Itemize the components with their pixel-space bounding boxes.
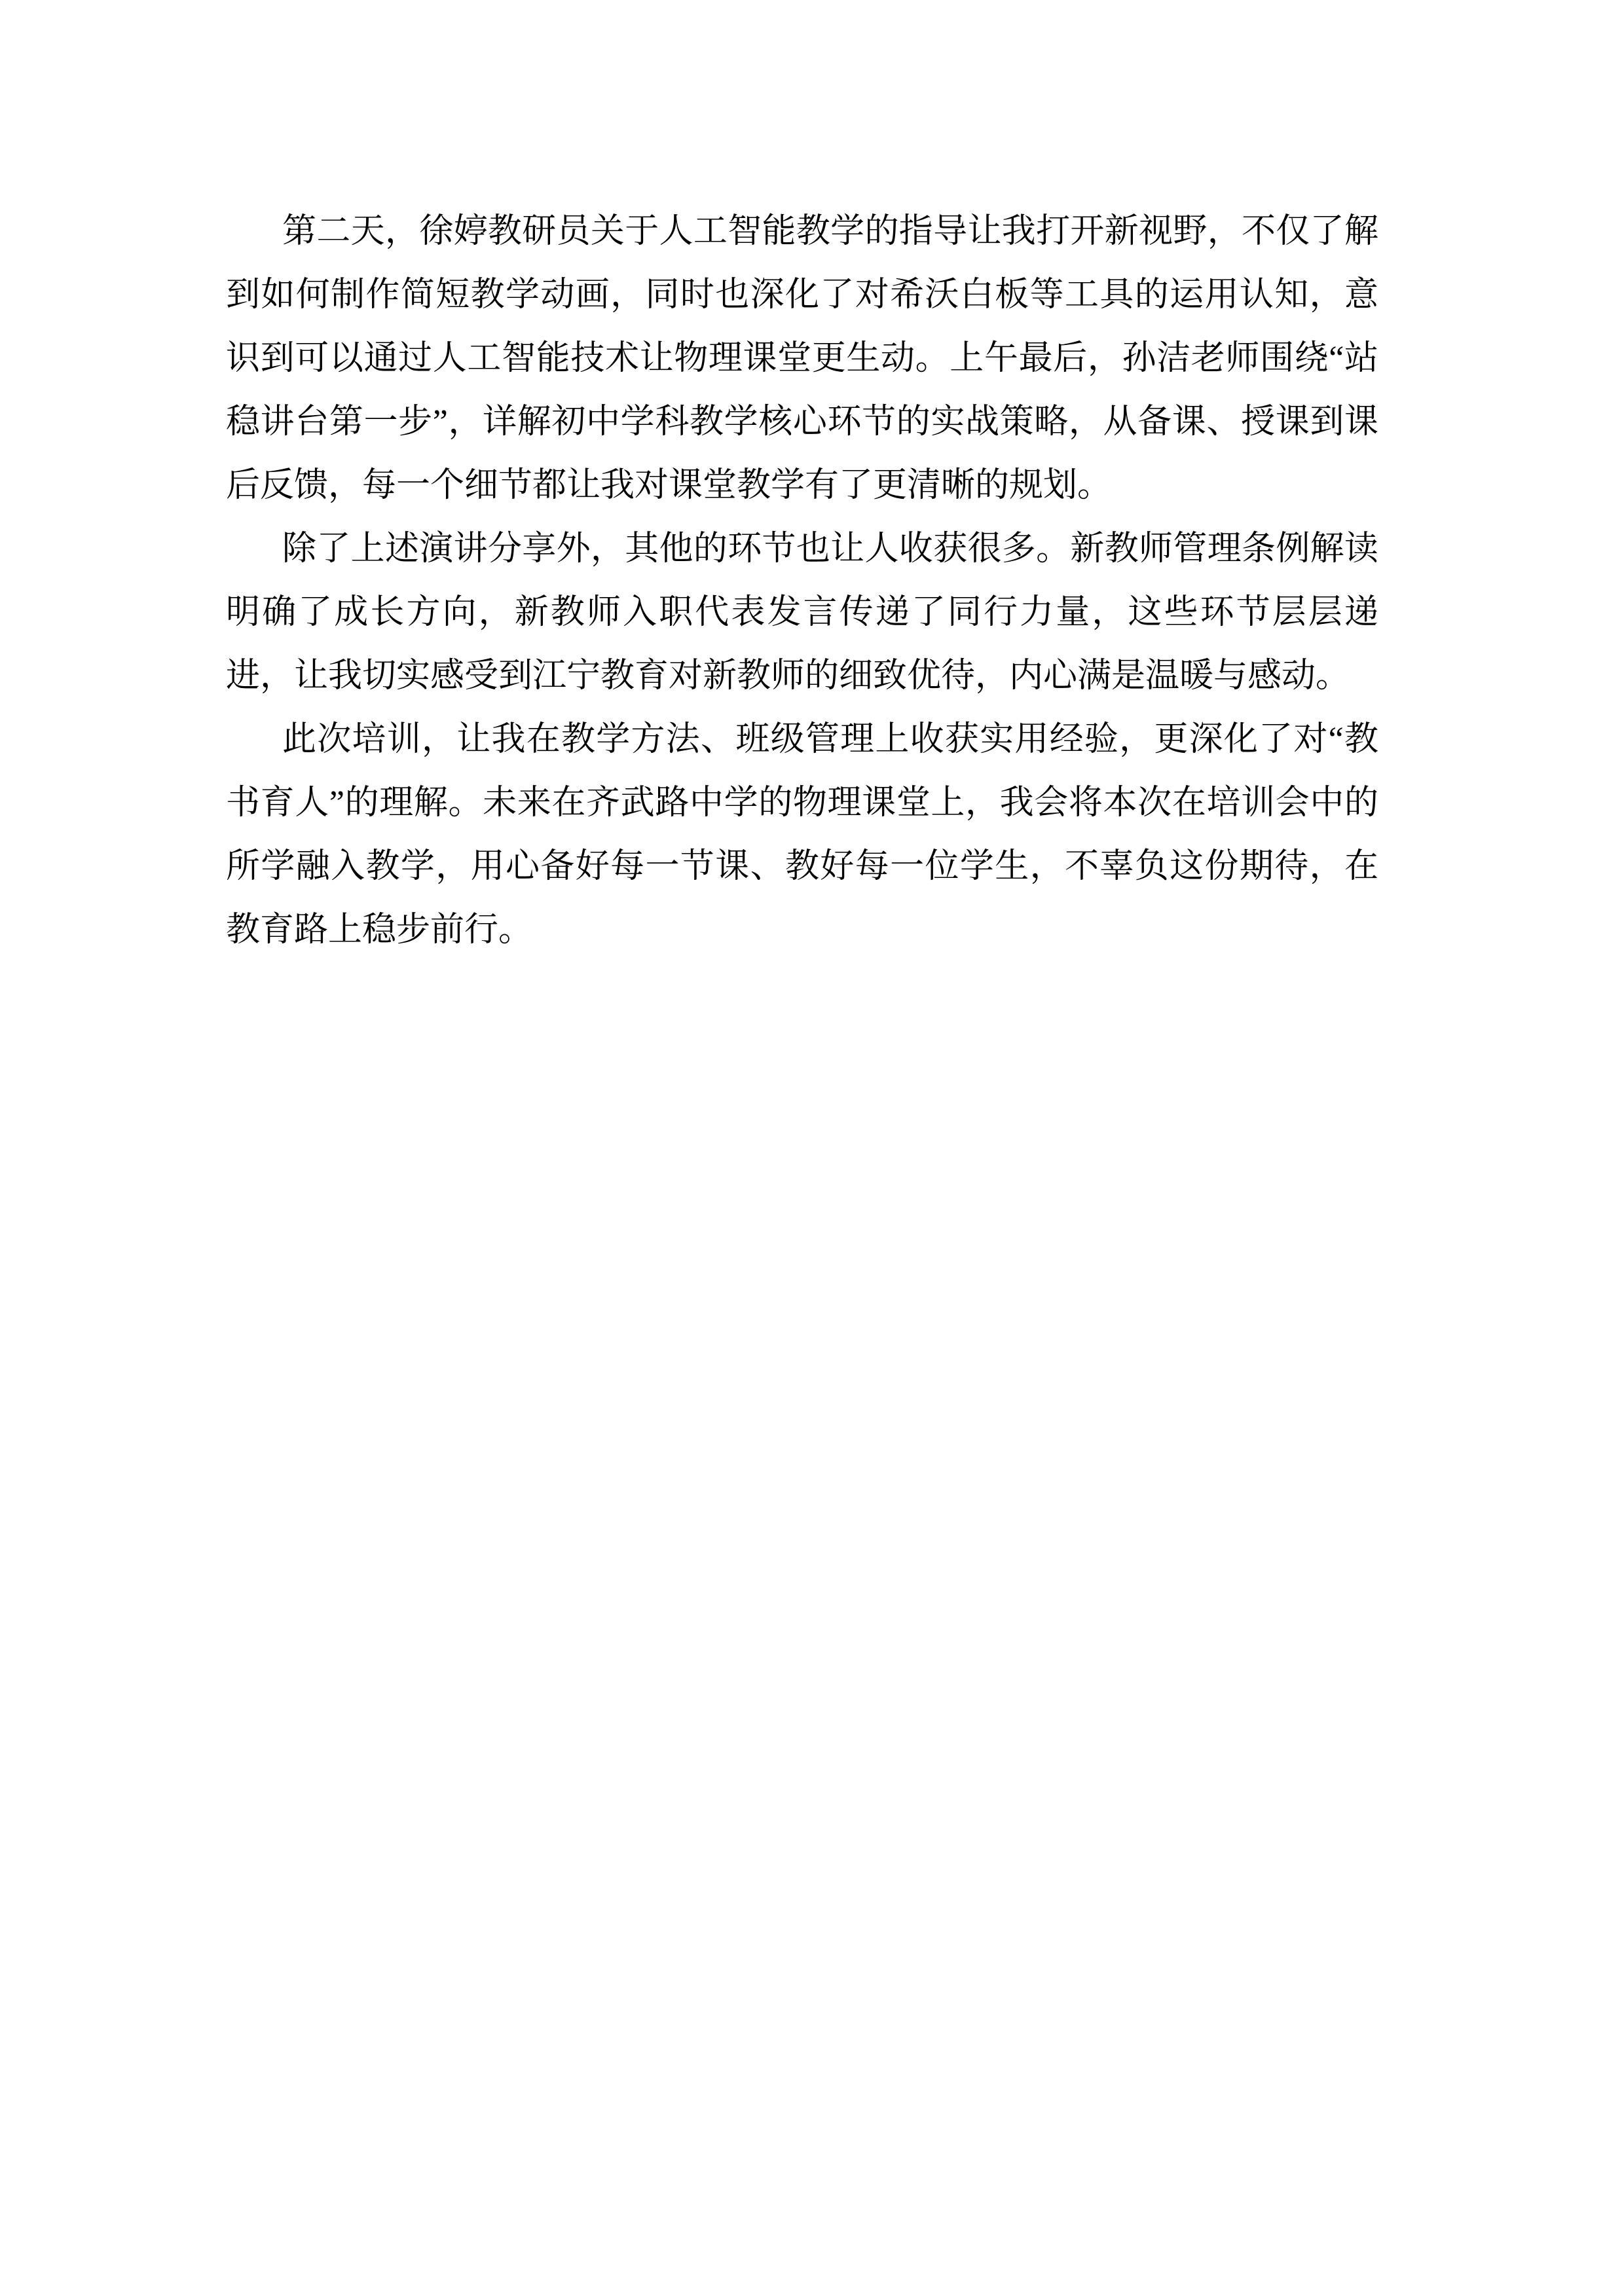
document-page: 第二天，徐婷教研员关于人工智能教学的指导让我打开新视野，不仅了解到如何制作简短教… [0,0,1624,2296]
paragraph-other-sessions: 除了上述演讲分享外，其他的环节也让人收获很多。新教师管理条例解读明确了成长方向，… [226,517,1378,708]
paragraph-conclusion: 此次培训，让我在教学方法、班级管理上收获实用经验，更深化了对“教书育人”的理解。… [226,708,1378,962]
paragraph-day-two-training: 第二天，徐婷教研员关于人工智能教学的指导让我打开新视野，不仅了解到如何制作简短教… [226,200,1378,517]
document-body: 第二天，徐婷教研员关于人工智能教学的指导让我打开新视野，不仅了解到如何制作简短教… [226,200,1378,962]
